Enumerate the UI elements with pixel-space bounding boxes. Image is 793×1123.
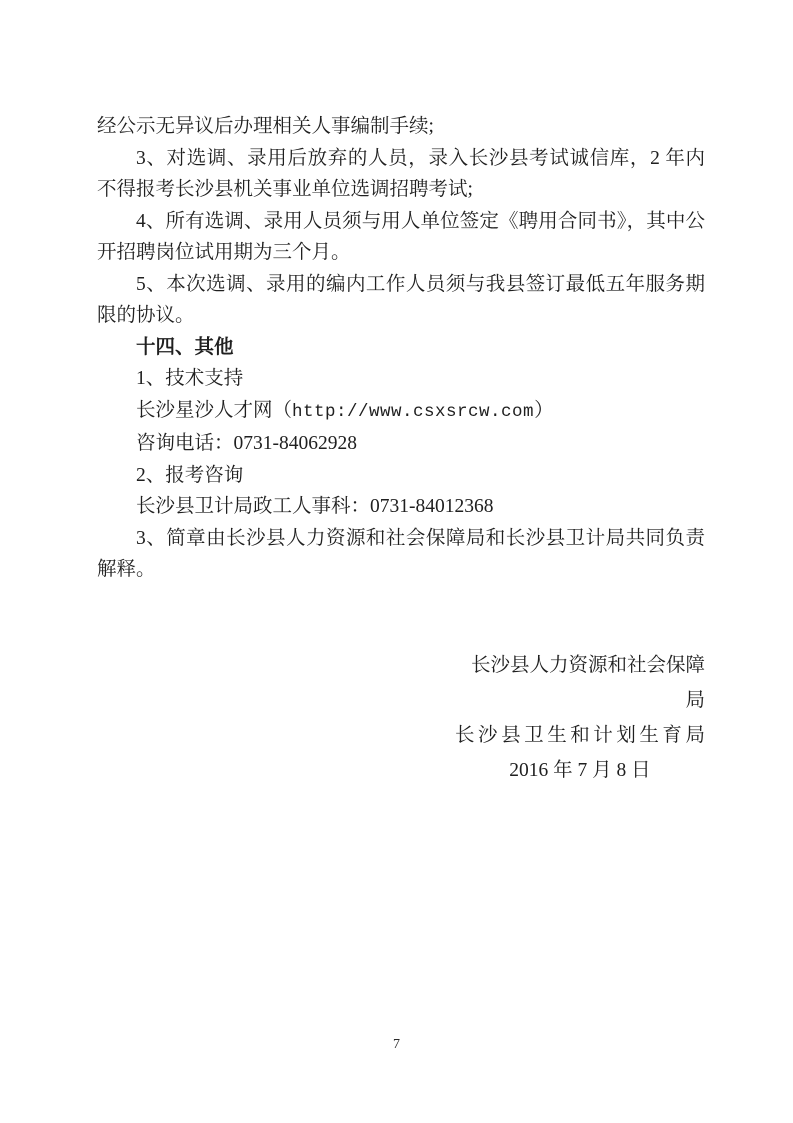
para-item-5: 5、本次选调、录用的编内工作人员须与我县签订最低五年服务期限的协议。	[97, 269, 705, 332]
para-item-4: 4、所有选调、录用人员须与用人单位签定《聘用合同书》，其中公开招聘岗位试用期为三…	[97, 206, 705, 269]
signature-block: 长沙县人力资源和社会保障局 长沙县卫生和计划生育局 2016 年 7 月 8 日	[455, 648, 705, 788]
item-apply-consult: 2、报考咨询	[97, 460, 705, 492]
item-apply-phone: 长沙县卫计局政工人事科：0731-84012368	[97, 491, 705, 523]
document-page: 经公示无异议后办理相关人事编制手续; 3、对选调、录用后放弃的人员，录入长沙县考…	[0, 0, 793, 1123]
item-website-prefix: 长沙星沙人才网（	[136, 400, 292, 421]
para-item-3: 3、对选调、录用后放弃的人员，录入长沙县考试诚信库，2 年内不得报考长沙县机关事…	[97, 143, 705, 206]
website-url-text: http://www.csxsrcw.com	[292, 402, 534, 422]
item-consult-phone: 咨询电话：0731-84062928	[97, 428, 705, 460]
item-website-suffix: ）	[534, 400, 554, 421]
item-tech-support: 1、技术支持	[97, 363, 705, 395]
item-website: 长沙星沙人才网（http://www.csxsrcw.com）	[97, 395, 705, 429]
signature-org-1: 长沙县人力资源和社会保障局	[455, 648, 705, 718]
signature-date: 2016 年 7 月 8 日	[455, 753, 705, 788]
item-interpretation: 3、简章由长沙县人力资源和社会保障局和长沙县卫计局共同负责解释。	[97, 523, 705, 586]
signature-org-2: 长沙县卫生和计划生育局	[455, 718, 705, 753]
document-body: 经公示无异议后办理相关人事编制手续; 3、对选调、录用后放弃的人员，录入长沙县考…	[97, 111, 705, 788]
page-number: 7	[0, 1036, 793, 1054]
para-continuation: 经公示无异议后办理相关人事编制手续;	[97, 111, 705, 143]
section-heading-14-other: 十四、其他	[97, 332, 705, 364]
